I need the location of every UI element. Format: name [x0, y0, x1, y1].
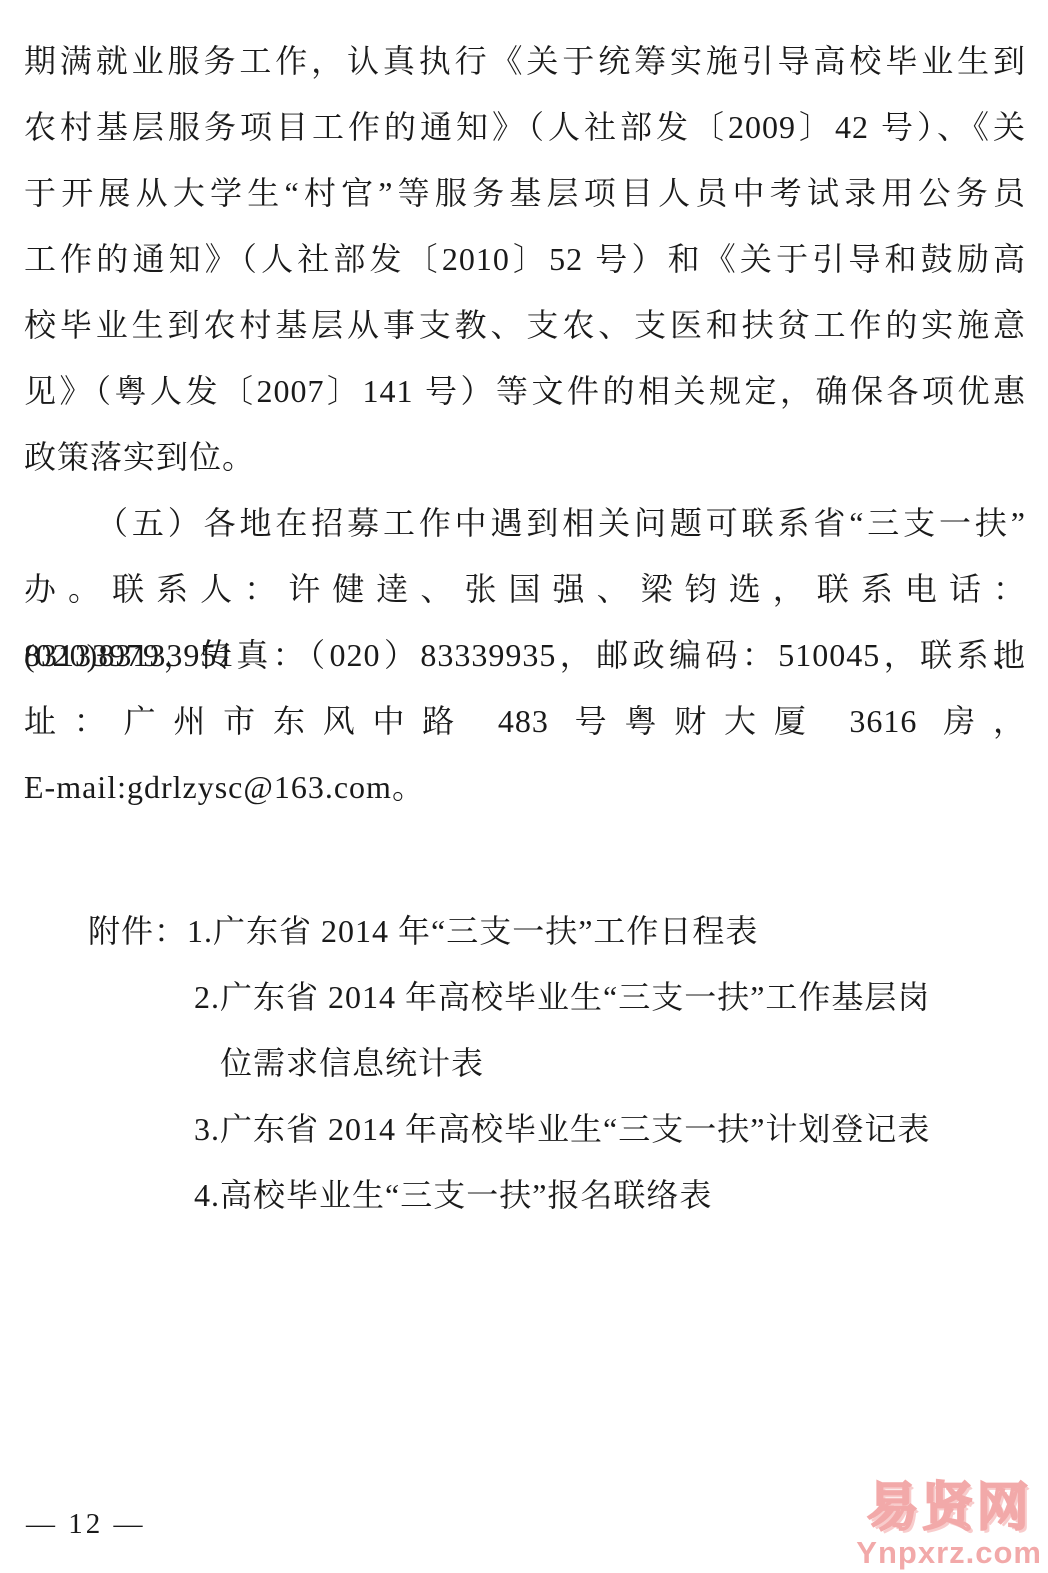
- attachment-item-4: 4.高校毕业生“三支一扶”报名联络表: [194, 1162, 1026, 1228]
- paragraph2-line-4: 址：广州市东风中路 483 号粤财大厦 3616 房，: [24, 688, 1026, 754]
- paragraph2-line-1: （五）各地在招募工作中遇到相关问题可联系省“三支一扶”: [96, 490, 1026, 556]
- paragraph1-line-3: 于开展从大学生“村官”等服务基层项目人员中考试录用公务员: [24, 160, 1026, 226]
- watermark-site-url: Ynpxrz.com: [856, 1537, 1042, 1568]
- paragraph2-line-2: 办。联系人：许健逹、张国强、梁钧选，联系电话：(020)83133951、: [24, 556, 1026, 622]
- paragraph2-line-5-email: E-mail:gdrlzysc@163.com。: [24, 754, 1026, 820]
- attachment-item-2: 2.广东省 2014 年高校毕业生“三支一扶”工作基层岗: [194, 964, 1026, 1030]
- attachments-block: 附件：1.广东省 2014 年“三支一扶”工作日程表 2.广东省 2014 年高…: [24, 898, 1026, 1228]
- paragraph1-line-5: 校毕业生到农村基层从事支教、支农、支医和扶贫工作的实施意: [24, 292, 1026, 358]
- paragraph1-line-6: 见》（粤人发〔2007〕141 号）等文件的相关规定，确保各项优惠: [24, 358, 1026, 424]
- paragraph2-line-3: 83133979，传真：（020）83339935，邮政编码：510045，联系…: [24, 622, 1026, 688]
- attachments-line-1: 附件：1.广东省 2014 年“三支一扶”工作日程表: [88, 898, 1026, 964]
- page-number: — 12 —: [26, 1502, 146, 1546]
- attachment-item-3: 3.广东省 2014 年高校毕业生“三支一扶”计划登记表: [194, 1096, 1026, 1162]
- document-body: 期满就业服务工作，认真执行《关于统筹实施引导高校毕业生到 农村基层服务项目工作的…: [24, 28, 1026, 820]
- attachment-item-1: 1.广东省 2014 年“三支一扶”工作日程表: [187, 913, 758, 949]
- paragraph1-line-7: 政策落实到位。: [24, 424, 1026, 490]
- paragraph1-line-4: 工作的通知》（人社部发〔2010〕52 号）和《关于引导和鼓励高: [24, 226, 1026, 292]
- attachments-label: 附件：: [88, 913, 187, 949]
- attachment-item-2-continued: 位需求信息统计表: [220, 1030, 1026, 1096]
- document-page: 期满就业服务工作，认真执行《关于统筹实施引导高校毕业生到 农村基层服务项目工作的…: [0, 0, 1048, 1573]
- watermark-site-name: 易贤网: [856, 1482, 1042, 1534]
- paragraph1-line-2: 农村基层服务项目工作的通知》（人社部发〔2009〕42 号）、《关: [24, 94, 1026, 160]
- paragraph1-line-1: 期满就业服务工作，认真执行《关于统筹实施引导高校毕业生到: [24, 28, 1026, 94]
- watermark: 易贤网 Ynpxrz.com: [856, 1482, 1042, 1568]
